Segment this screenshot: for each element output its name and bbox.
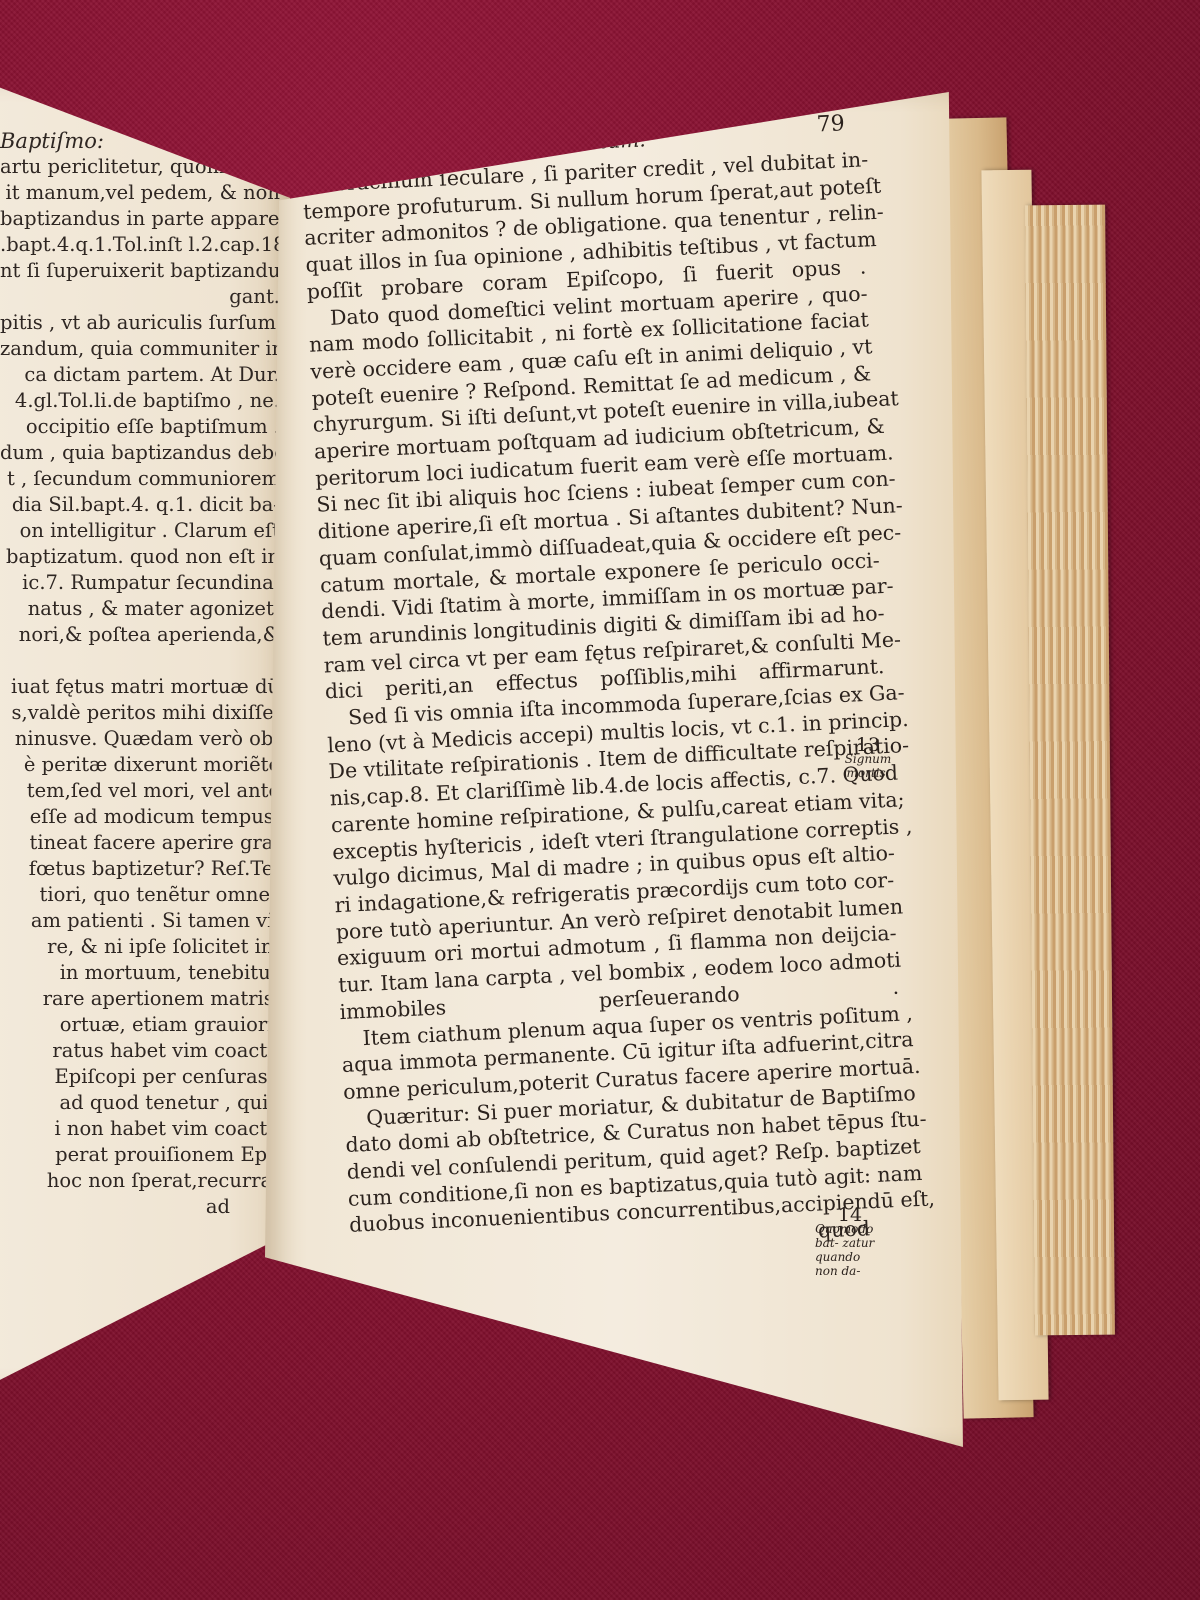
margin-note-text: Quomodo bat- zatur quando non da- — [815, 1222, 874, 1278]
left-page: Baptiſmo: artu periclitetur, quomodo bai… — [0, 80, 290, 1390]
margin-note-number: 13 — [838, 738, 898, 752]
text-line: 4.gl.Tol.li.de baptiſmo , ne. — [0, 388, 290, 414]
margin-note-text: Signum mortis. — [845, 752, 892, 780]
text-line: nori,& poſtea aperienda,& — [0, 622, 290, 648]
text-line: Epiſcopi per cenſuras , — [0, 1064, 290, 1090]
text-line: re, & ni ipſe ſolicitet in- — [0, 934, 290, 960]
text-line: eſſe ad modicum tempus. — [0, 804, 290, 830]
text-line: natus , & mater agonizet, — [0, 596, 290, 622]
running-head: Baptiſmo: — [0, 128, 290, 154]
text-line: rare apertionem matris. — [0, 986, 290, 1012]
text-line: artu periclitetur, quomodo ba — [0, 154, 290, 180]
text-line: ninusve. Quædam verò ob- — [0, 726, 290, 752]
book-photo: Baptiſmo: artu periclitetur, quomodo bai… — [0, 0, 1200, 1600]
text-line: tineat facere aperire gra- — [0, 830, 290, 856]
text-line: gant. — [0, 284, 290, 310]
text-line: ortuæ, etiam grauiori- — [0, 1012, 290, 1038]
text-line: tiori, quo tenẽtur omnes — [0, 882, 290, 908]
text-line: s,valdè peritos mihi dixiſſe, — [0, 700, 290, 726]
text-line: in mortuum, tenebitur — [0, 960, 290, 986]
text-line: nt ſi ſuperuixerit baptizandum — [0, 258, 290, 284]
text-line: it manum,vel pedem, & non — [0, 180, 290, 206]
margin-note-14: 14 Quomodo bat- zatur quando non da- — [815, 1208, 885, 1278]
text-line: am patienti . Si tamen vi- — [0, 908, 290, 934]
text-line: è peritæ dixerunt moriẽte — [0, 752, 290, 778]
text-line: hoc non ſperat,recurrat — [0, 1168, 290, 1194]
text-line: tem,ſed vel mori, vel ante — [0, 778, 290, 804]
text-line: baptizandus in parte apparente — [0, 206, 290, 232]
text-line — [0, 648, 290, 674]
text-line: baptizatum. quod non eſt in — [0, 544, 290, 570]
text-line: perat prouiſionem Epi- — [0, 1142, 290, 1168]
text-line: ad quod tenetur , quia — [0, 1090, 290, 1116]
text-line: on intelligitur . Clarum eſt — [0, 518, 290, 544]
margin-note-number: 14 — [815, 1208, 885, 1222]
text-line: .bapt.4.q.1.Tol.inſt l.2.cap.18 — [0, 232, 290, 258]
text-line: zandum, quia communiter in — [0, 336, 290, 362]
text-line: ca dictam partem. At Dur. — [0, 362, 290, 388]
text-line: pitis , vt ab auriculis ſurſum , — [0, 310, 290, 336]
text-line: ratus habet vim coacti- — [0, 1038, 290, 1064]
catchword: ad — [0, 1194, 290, 1220]
page-number: 79 — [816, 111, 845, 139]
right-page-text: Caput Sextum. 79 ad brachium ſeculare , … — [300, 117, 910, 1266]
margin-note-13: 13 Signum mortis. — [838, 738, 898, 780]
text-line: occipitio eſſe baptiſmum . — [0, 414, 290, 440]
text-line: dia Sil.bapt.4. q.1. dicit ba- — [0, 492, 290, 518]
page-stack-edge — [1025, 205, 1115, 1336]
text-line: iuat fętus matri mortuæ dū — [0, 674, 290, 700]
chapter-title: Caput Sextum. — [495, 126, 646, 159]
text-line: fœtus baptizetur? Reſ.Te- — [0, 856, 290, 882]
left-page-text: Baptiſmo: artu periclitetur, quomodo bai… — [0, 128, 290, 1220]
text-line: ic.7. Rumpatur ſecundina, — [0, 570, 290, 596]
text-line: i non habet vim coacti- — [0, 1116, 290, 1142]
text-line: dum , quia baptizandus debet — [0, 440, 290, 466]
text-line: t , ſecundum communiorem — [0, 466, 290, 492]
